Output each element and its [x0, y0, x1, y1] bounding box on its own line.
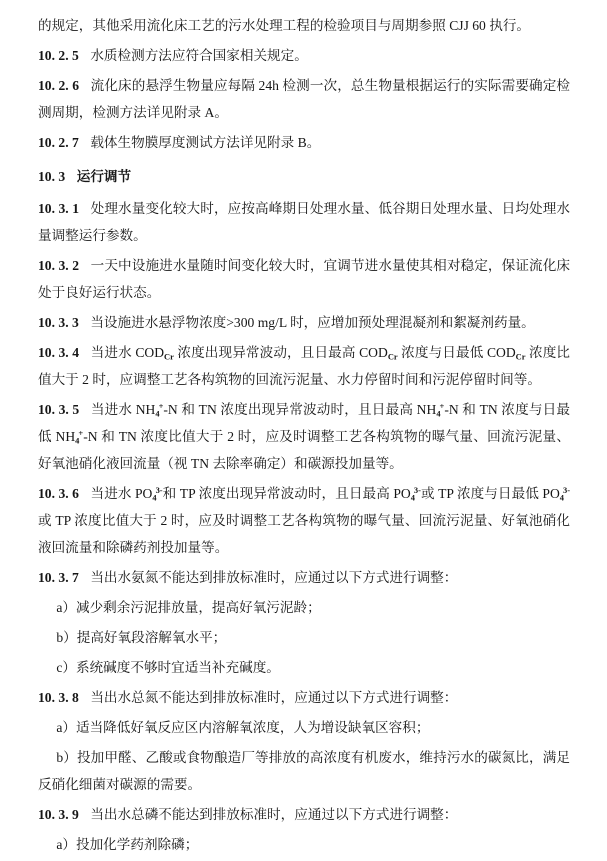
clause-paragraph: 10. 2. 7载体生物膜厚度测试方法详见附录 B。 [38, 129, 570, 156]
clause-paragraph: 10. 3. 3当设施进水悬浮物浓度>300 mg/L 时，应增加预处理混凝剂和… [38, 309, 570, 336]
clause-number: 10. 3. 7 [38, 570, 79, 585]
clause-paragraph: 10. 3. 9当出水总磷不能达到排放标准时，应通过以下方式进行调整： [38, 801, 570, 828]
chemical-superscript: 3- [156, 485, 163, 495]
section-heading: 10. 3运行调节 [38, 163, 570, 190]
document-body: 的规定，其他采用流化床工艺的污水处理工程的检验项目与周期参照 CJJ 60 执行… [38, 12, 570, 858]
clause-paragraph: 10. 3. 5当进水 NH4+-N 和 TN 浓度出现异常波动时，且日最高 N… [38, 396, 570, 477]
clause-number: 10. 3. 2 [38, 258, 79, 273]
clause-number: 10. 3. 5 [38, 402, 79, 417]
clause-number: 10. 2. 7 [38, 135, 79, 150]
document-page: 的规定，其他采用流化床工艺的污水处理工程的检验项目与周期参照 CJJ 60 执行… [0, 0, 607, 861]
clause-paragraph: 10. 2. 5水质检测方法应符合国家相关规定。 [38, 42, 570, 69]
clause-paragraph: 10. 2. 6流化床的悬浮生物量应每隔 24h 检测一次，总生物量根据运行的实… [38, 72, 570, 126]
chemical-subscript: Cr [388, 352, 398, 362]
list-item-paragraph: b）提高好氧段溶解氧水平； [38, 624, 570, 651]
clause-number: 10. 3. 4 [38, 345, 79, 360]
chemical-superscript: 3- [563, 485, 570, 495]
chemical-superscript: 3- [414, 485, 421, 495]
clause-paragraph: 10. 3. 7当出水氨氮不能达到排放标准时，应通过以下方式进行调整： [38, 564, 570, 591]
clause-number: 10. 3 [38, 169, 65, 184]
chemical-superscript: + [78, 428, 83, 438]
clause-paragraph: 10. 3. 8当出水总氮不能达到排放标准时，应通过以下方式进行调整： [38, 684, 570, 711]
clause-number: 10. 3. 1 [38, 201, 79, 216]
list-item-paragraph: a）减少剩余污泥排放量，提高好氧污泥龄； [38, 594, 570, 621]
list-item-paragraph: b）投加甲醛、乙酸或食物酿造厂等排放的高浓度有机废水，维持污水的碳氮比，满足反硝… [38, 744, 570, 798]
chemical-subscript: Cr [164, 352, 174, 362]
chemical-superscript: + [159, 401, 164, 411]
clause-number: 10. 3. 3 [38, 315, 79, 330]
clause-number: 10. 2. 5 [38, 48, 79, 63]
list-item-paragraph: c）系统碱度不够时宜适当补充碱度。 [38, 654, 570, 681]
list-item-paragraph: a）适当降低好氧反应区内溶解氧浓度，人为增设缺氧区容积； [38, 714, 570, 741]
list-item-paragraph: a）投加化学药剂除磷； [38, 831, 570, 858]
clause-paragraph: 10. 3. 4当进水 CODCr 浓度出现异常波动，且日最高 CODCr 浓度… [38, 339, 570, 393]
clause-paragraph: 10. 3. 2一天中设施进水量随时间变化较大时，宜调节进水量使其相对稳定，保证… [38, 252, 570, 306]
body-paragraph: 的规定，其他采用流化床工艺的污水处理工程的检验项目与周期参照 CJJ 60 执行… [38, 12, 570, 39]
clause-number: 10. 3. 6 [38, 486, 79, 501]
clause-number: 10. 2. 6 [38, 78, 79, 93]
clause-paragraph: 10. 3. 6当进水 PO43-和 TP 浓度出现异常波动时，且日最高 PO4… [38, 480, 570, 561]
chemical-subscript: Cr [516, 352, 526, 362]
clause-number: 10. 3. 8 [38, 690, 79, 705]
clause-number: 10. 3. 9 [38, 807, 79, 822]
chemical-superscript: + [440, 401, 445, 411]
clause-paragraph: 10. 3. 1处理水量变化较大时，应按高峰期日处理水量、低谷期日处理水量、日均… [38, 195, 570, 249]
